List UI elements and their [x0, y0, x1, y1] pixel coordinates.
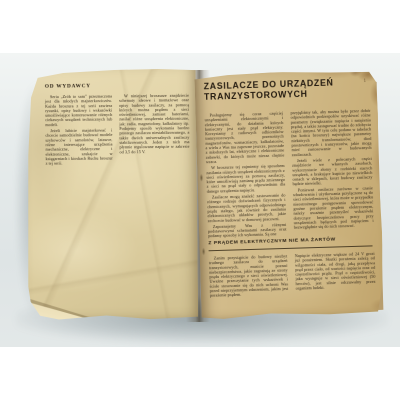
left-page: OD WYDAWCY Seria „Zrób to sam” przeznacz… [26, 68, 199, 322]
paragraph: Ponieważ zasilacze zarówno w czasie wbud… [293, 186, 374, 230]
paragraph: Zasilacze mogą znaleźć zastosowanie do r… [207, 193, 286, 223]
section-divider [209, 245, 373, 251]
left-page-column-1: Seria „Zrób to sam” przeznaczona jest dl… [45, 94, 113, 173]
photo-of-open-booklet: OD WYDAWCY Seria „Zrób to sam” przeznacz… [0, 0, 400, 400]
paragraph: W niniejszej broszurze znajdziecie schem… [119, 93, 190, 154]
paragraph: W broszurze tej zajmiemy się sposobem za… [206, 164, 285, 194]
right-page: ZASILACZE DO URZĄDZEŃ TRANZYSTOROWYCH 1 … [194, 69, 384, 320]
paragraph: przyjęliśmy tak, aby można było przez do… [290, 108, 371, 157]
paragraph: Zapoznajemy Was z różnymi podstawowymi s… [208, 222, 287, 238]
left-page-column-2: W niniejszej broszurze znajdziecie schem… [119, 93, 190, 172]
paragraph: Zanim przystąpicie do budowy niezbyt tru… [209, 254, 289, 298]
paragraph: Posługujemy się coraz częściej urządzeni… [205, 111, 285, 164]
left-page-heading-wrap: OD WYDAWCY [45, 83, 115, 89]
paragraph: Napięcie elektryczne większe od 24 V gro… [295, 251, 376, 291]
paragraph: Jeżeli lubicie majsterkować i chcecie sa… [45, 128, 112, 166]
article-title-wrap: ZASILACZE DO URZĄDZEŃ TRANZYSTOROWYCH [204, 76, 375, 102]
right-page-column-1: Posługujemy się coraz częściej urządzeni… [205, 111, 287, 236]
section-column-2: Napięcie elektryczne większe od 24 V gro… [295, 251, 377, 312]
page-number: 1 [364, 78, 374, 83]
right-page-column-2: przyjęliśmy tak, aby można było przez do… [290, 108, 374, 233]
section-column-1: Zanim przystąpicie do budowy niezbyt tru… [209, 254, 289, 315]
paragraph: Jeżeli wiele z polecanych części znajdzi… [292, 156, 373, 186]
paragraph: Seria „Zrób to sam” przeznaczona jest dl… [45, 94, 112, 127]
left-page-heading: OD WYDAWCY [45, 83, 115, 89]
